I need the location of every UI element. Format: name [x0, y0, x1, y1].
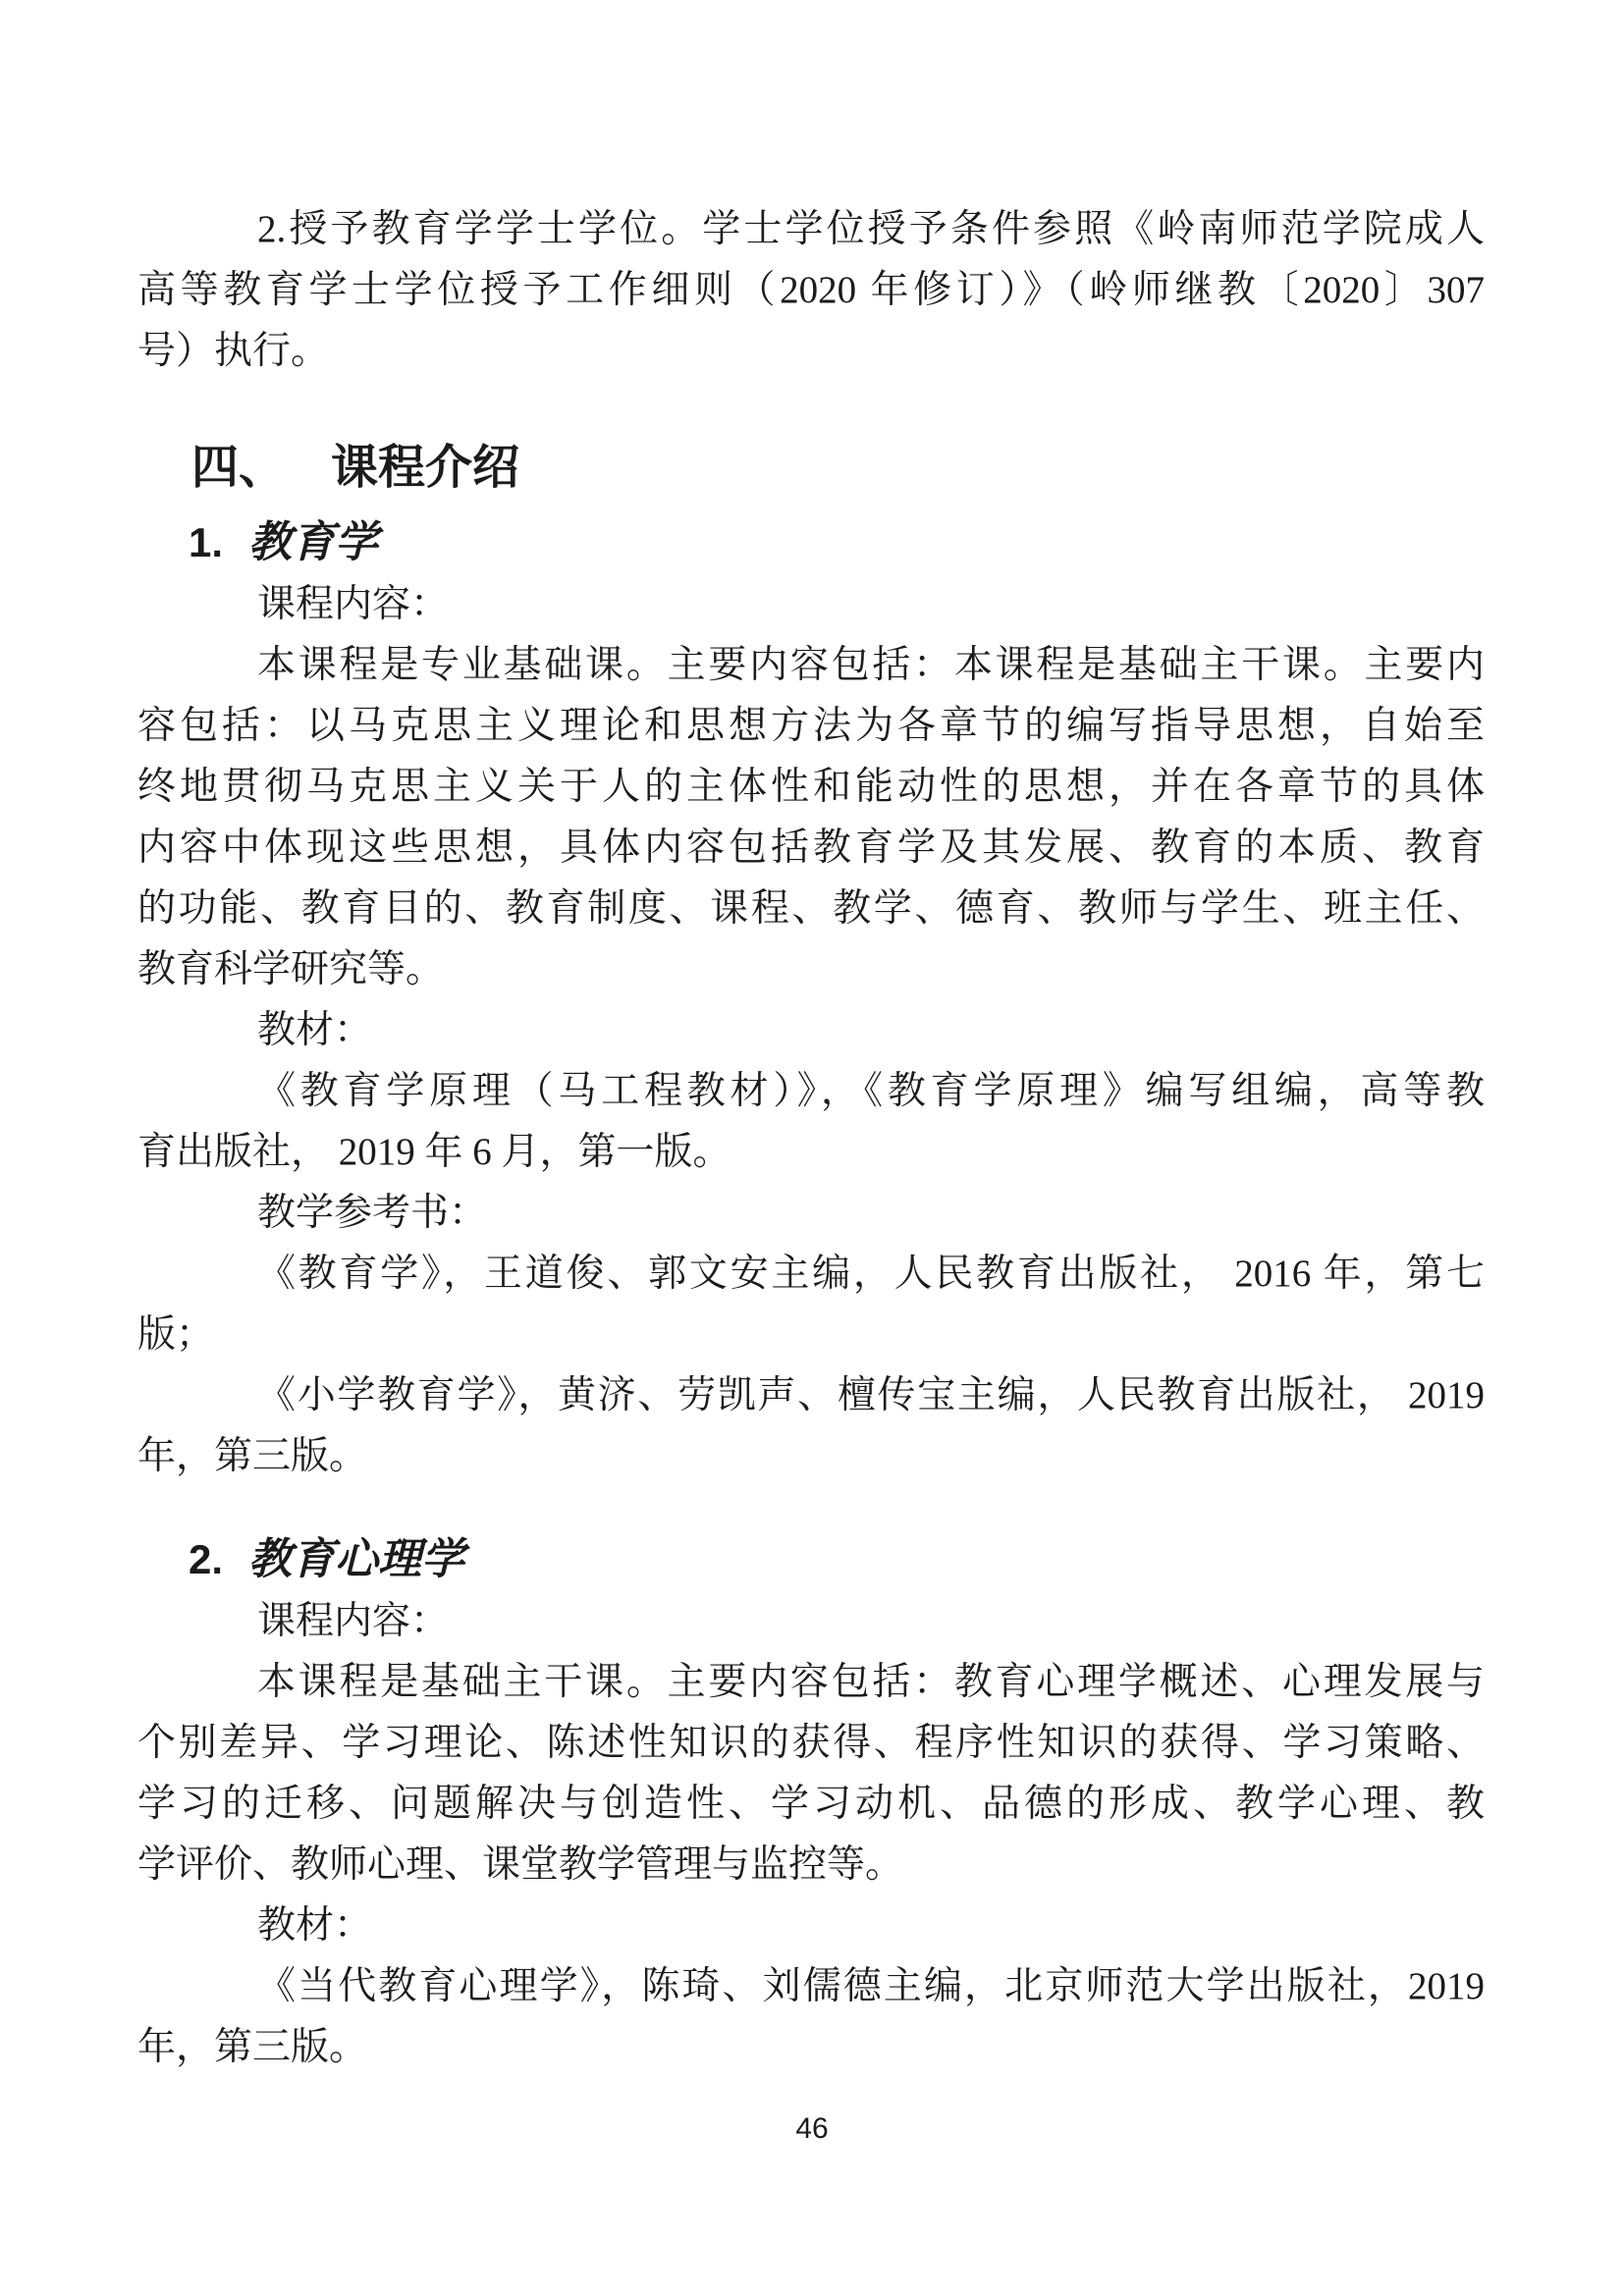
- text-line: 容包括：以马克思主义理论和思想方法为各章节的编写指导思想，自始至: [137, 696, 1485, 757]
- text-line: 高等教育学士学位授予工作细则（2020 年修订）》（岭师继教〔2020〕307: [137, 260, 1485, 321]
- text-line: 《当代教育心理学》，陈琦、刘儒德主编，北京师范大学出版社，2019: [137, 1956, 1485, 2017]
- page-content: 2.授予教育学学士学位。学士学位授予条件参照《岭南师范学院成人高等教育学士学位授…: [0, 0, 1624, 2078]
- course-number: 2.: [189, 1536, 223, 1582]
- text-line: 版；: [137, 1305, 1485, 1365]
- course-heading: 1.教育学: [137, 511, 1485, 574]
- text-line: 课程内容：: [137, 574, 1485, 635]
- section-heading: 四、课程介绍: [137, 433, 1485, 504]
- text-line: 年，第三版。: [137, 1426, 1485, 1487]
- text-line: 年，第三版。: [137, 2017, 1485, 2078]
- document-page: 2.授予教育学学士学位。学士学位授予条件参照《岭南师范学院成人高等教育学士学位授…: [0, 0, 1624, 2296]
- text-line: 本课程是基础主干课。主要内容包括：教育心理学概述、心理发展与: [137, 1652, 1485, 1713]
- course-number: 1.: [189, 519, 223, 565]
- section-number: 四、: [191, 442, 286, 494]
- text-line: 终地贯彻马克思主义关于人的主体性和能动性的思想，并在各章节的具体: [137, 757, 1485, 818]
- course-title: 教育学: [248, 518, 378, 566]
- text-line: 教育科学研究等。: [137, 939, 1485, 1000]
- section-title: 课程介绍: [331, 442, 519, 494]
- page-number: 46: [0, 2112, 1624, 2146]
- course-title: 教育心理学: [248, 1535, 464, 1583]
- text-line: 本课程是专业基础课。主要内容包括：本课程是基础主干课。主要内: [137, 635, 1485, 696]
- text-line: 《教育学原理（马工程教材）》，《教育学原理》编写组编，高等教: [137, 1061, 1485, 1122]
- text-line: 教材：: [137, 1000, 1485, 1061]
- text-line: 育出版社， 2019 年 6 月，第一版。: [137, 1122, 1485, 1183]
- text-line: 教材：: [137, 1896, 1485, 1956]
- text-line: 学评价、教师心理、课堂教学管理与监控等。: [137, 1835, 1485, 1896]
- text-line: 学习的迁移、问题解决与创造性、学习动机、品德的形成、教学心理、教: [137, 1774, 1485, 1835]
- text-line: 《小学教育学》，黄济、劳凯声、檀传宝主编，人民教育出版社， 2019: [137, 1365, 1485, 1426]
- text-line: 内容中体现这些思想，具体内容包括教育学及其发展、教育的本质、教育: [137, 818, 1485, 879]
- text-line: 课程内容：: [137, 1591, 1485, 1652]
- text-line: 个别差异、学习理论、陈述性知识的获得、程序性知识的获得、学习策略、: [137, 1713, 1485, 1774]
- course-heading: 2.教育心理学: [137, 1528, 1485, 1591]
- text-line: 号）执行。: [137, 321, 1485, 382]
- text-line: 2.授予教育学学士学位。学士学位授予条件参照《岭南师范学院成人: [137, 199, 1485, 260]
- text-line: 《教育学》，王道俊、郭文安主编，人民教育出版社， 2016 年，第七: [137, 1244, 1485, 1305]
- text-line: 的功能、教育目的、教育制度、课程、教学、德育、教师与学生、班主任、: [137, 879, 1485, 939]
- text-line: 教学参考书：: [137, 1183, 1485, 1244]
